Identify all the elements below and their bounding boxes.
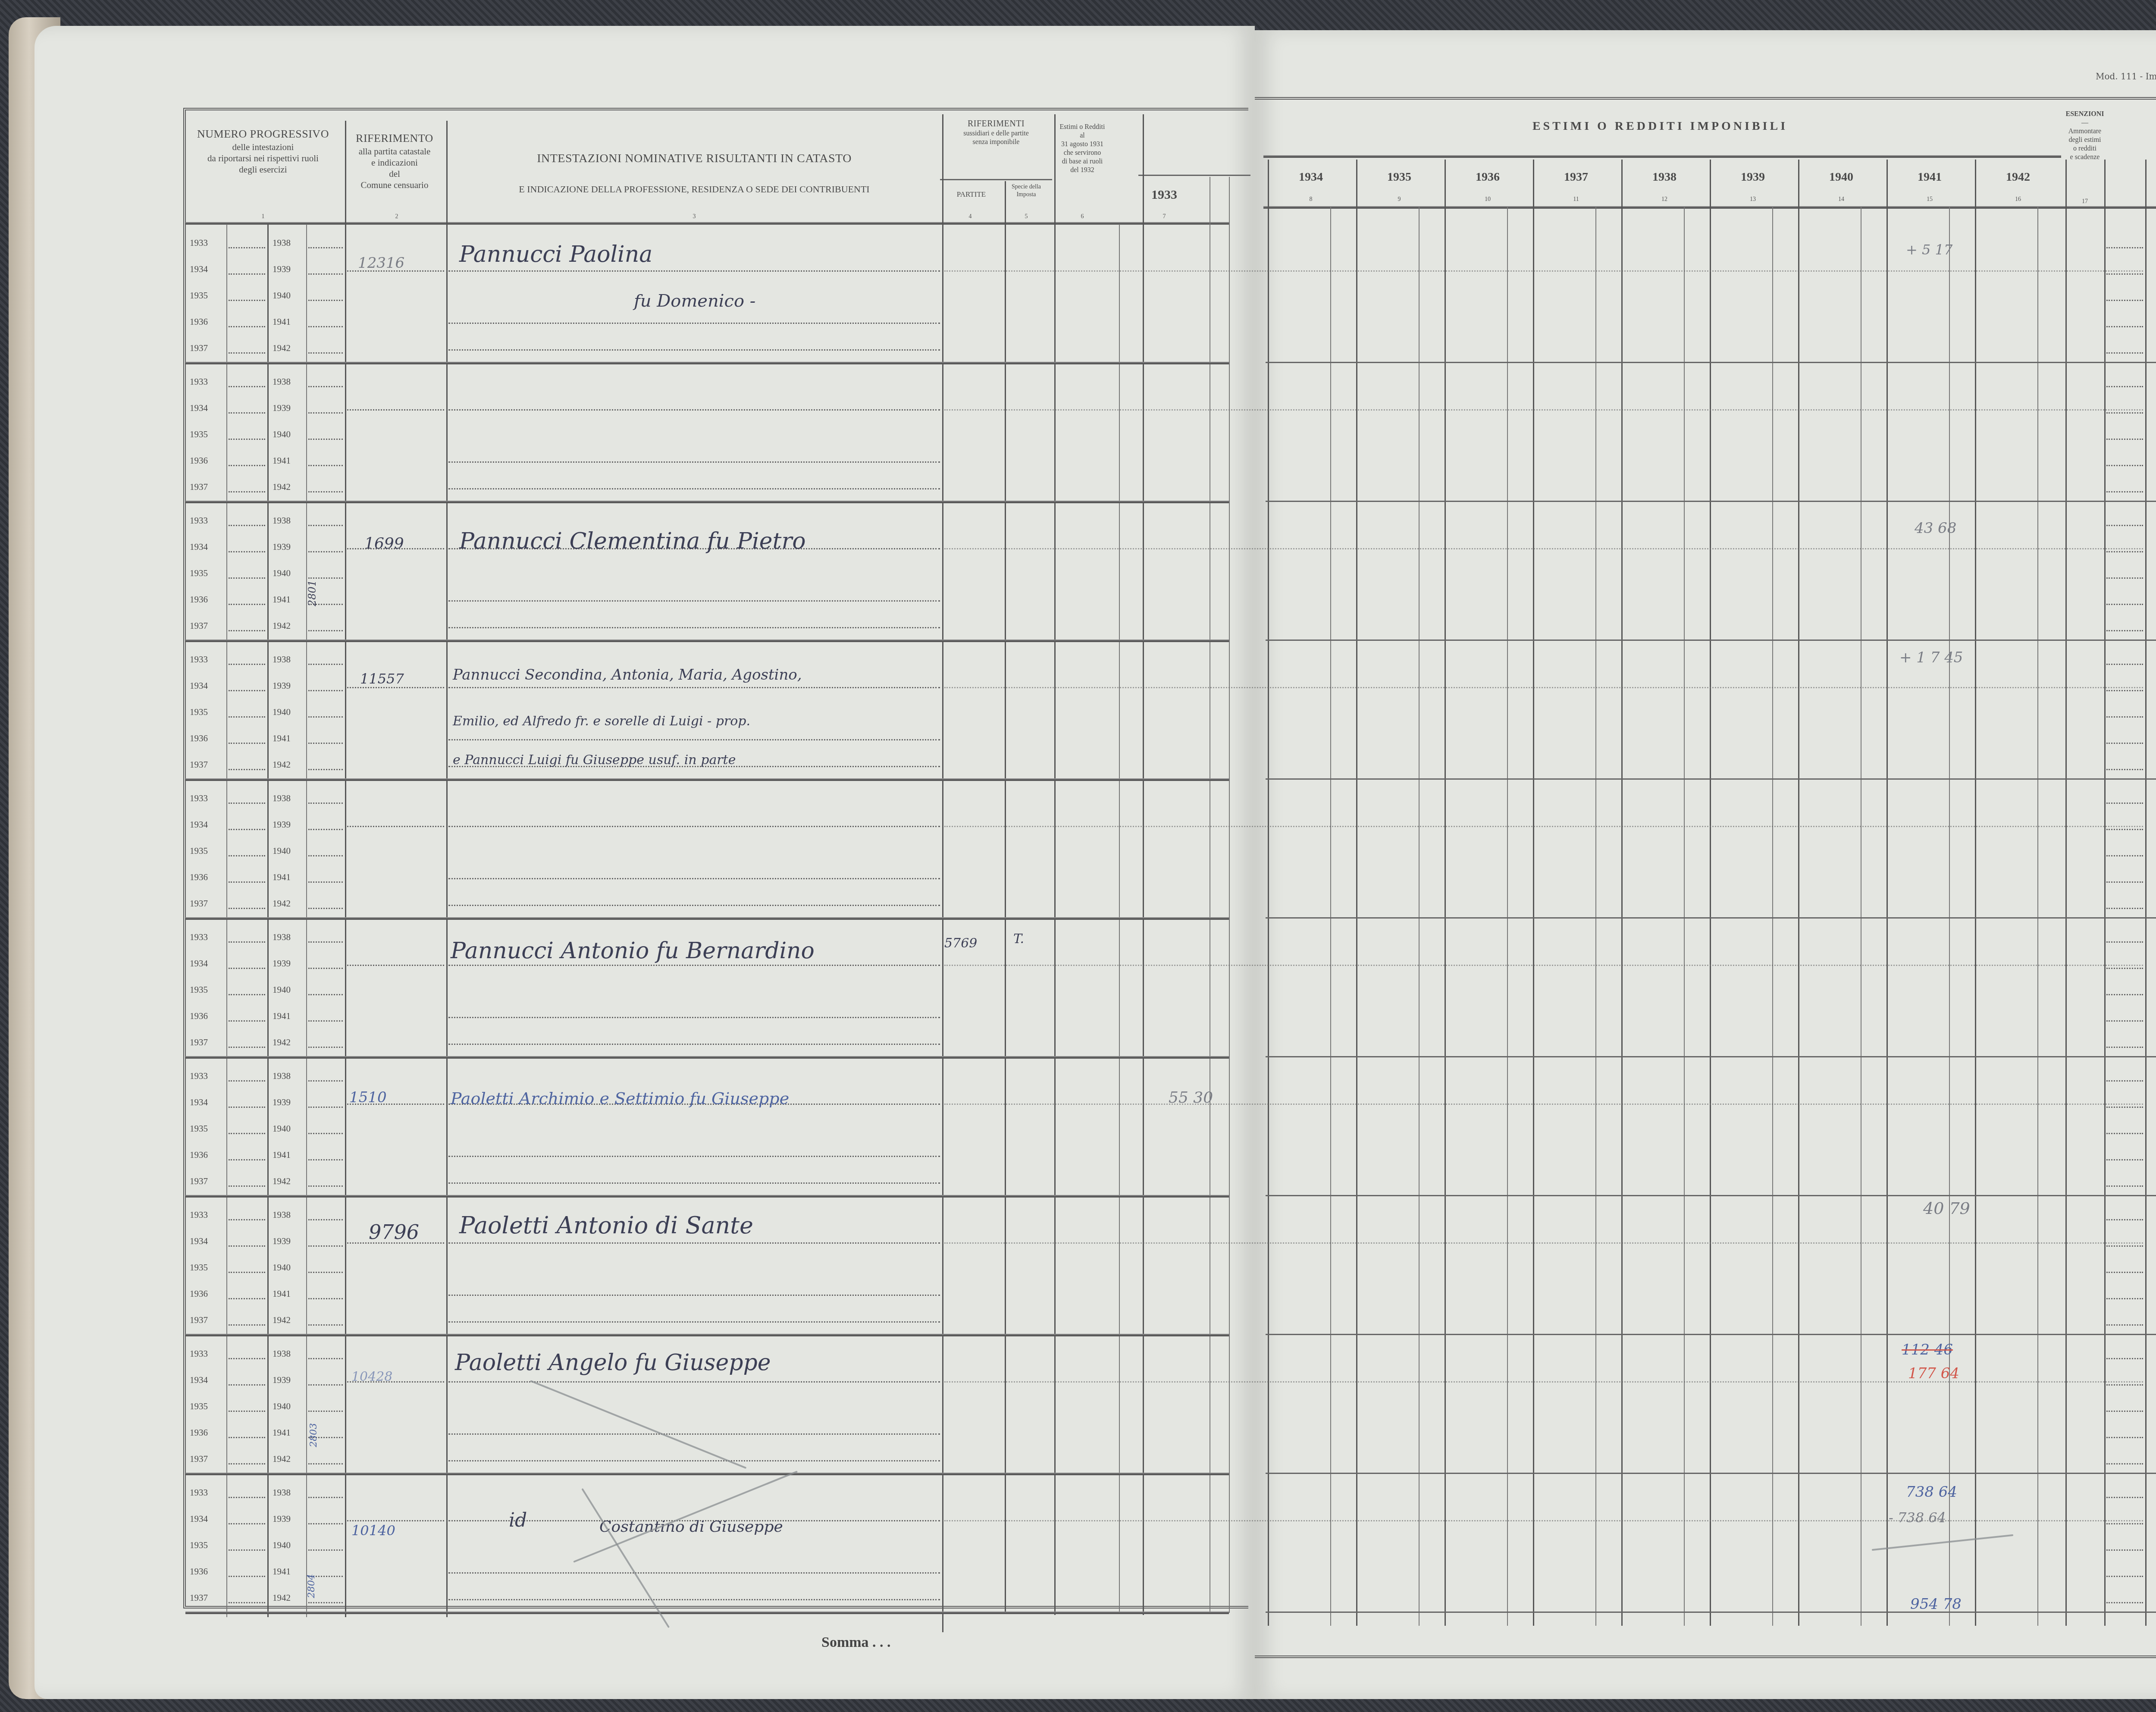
dotted-rule [2106,1463,2143,1464]
header-specie-imposta: Specie della Imposta [1005,183,1048,198]
entry-name: Paoletti Angelo fu Giuseppe [455,1350,771,1376]
dotted-rule [2106,465,2143,466]
dotted-rule [308,881,343,883]
year-label: 1941 [273,1427,291,1438]
year-label: 1940 [273,1401,291,1412]
dotted-rule [229,1411,265,1412]
dotted-rule [229,491,265,492]
dotted-rule [229,1437,265,1438]
entry-ref: 10140 [351,1522,395,1539]
year-label: 1938 [273,238,291,248]
dotted-rule [347,965,444,966]
year-label: 1939 [273,264,291,275]
entry-specie: T. [1013,931,1024,947]
dotted-rule [229,439,265,440]
year-label: 1933 [190,793,208,804]
year-label: 1939 [273,1236,291,1247]
dotted-rule [944,1520,2143,1521]
dotted-rule [347,409,444,411]
col-divider [1710,160,1711,1626]
dotted-rule [308,1384,343,1386]
dotted-rule [347,1520,444,1521]
year-label: 1937 [190,1037,208,1048]
year-label: 1938 [273,932,291,943]
col-divider [1861,207,1861,1626]
year-label: 1934 [190,1097,208,1108]
dotted-rule [229,803,265,804]
dotted-rule [2106,1411,2143,1412]
col-number: 10 [1479,196,1496,203]
dotted-rule [308,1523,343,1524]
dotted-rule [2106,1047,2143,1048]
dotted-rule [2106,300,2143,301]
header-year-1941: 1941 [1887,170,1973,184]
row-separator [1266,917,2156,919]
entry-partite: 5769 [944,936,977,951]
dotted-rule [2106,525,2143,526]
year-label: 1935 [190,1123,208,1134]
dotted-rule [448,1572,940,1574]
dotted-rule [308,1047,343,1048]
col-divider [267,224,269,1617]
row-separator [185,1612,1229,1614]
dotted-rule [2106,1245,2143,1247]
form-code: Mod. 111 - Imposte Dirette (Intercalare)… [2096,71,2156,82]
col-divider [2104,160,2106,1626]
year-label: 1937 [190,1454,208,1464]
col-divider [1445,160,1446,1626]
dotted-rule [448,1599,940,1600]
dotted-rule [448,1044,940,1045]
dotted-rule [308,1358,343,1359]
col-number: 1 [254,213,272,220]
dotted-rule [2106,1080,2143,1082]
dotted-rule [2106,604,2143,605]
col-divider [2037,207,2038,1626]
dotted-rule [229,855,265,856]
dotted-rule [448,1017,940,1018]
dotted-rule [229,1245,265,1247]
dotted-rule [308,247,343,248]
year-label: 1934 [190,403,208,414]
entry-name: id [509,1509,527,1531]
entry-value-1941: 738 64 [1906,1483,1957,1501]
year-label: 1937 [190,1315,208,1326]
dotted-rule [2106,968,2143,969]
dotted-rule [448,323,940,324]
year-label: 1936 [190,872,208,883]
year-label: 1933 [190,376,208,387]
dotted-rule [308,465,343,466]
col-divider [1210,177,1210,1613]
dotted-rule [229,1576,265,1577]
dotted-rule [308,1020,343,1022]
dotted-rule [2106,551,2143,552]
entry-ref: 1510 [349,1089,387,1106]
header-col6: Estimi o Redditi al 31 agosto 1931 che s… [1052,123,1112,175]
col-number: 6 [1074,213,1091,220]
dotted-rule [448,739,940,740]
dotted-rule [308,326,343,327]
col-divider [1621,160,1623,1626]
year-label: 1938 [273,515,291,526]
dotted-rule [229,630,265,631]
header-col1: NUMERO PROGRESSIVO delle intestazioni da… [185,127,341,175]
dotted-rule [448,409,940,411]
year-label: 1934 [190,1236,208,1247]
col-divider [1005,181,1006,1613]
entry-name: Pannucci Secondina, Antonia, Maria, Agos… [453,666,802,684]
col-divider [1887,160,1888,1626]
entry-ref: 10428 [351,1369,392,1384]
year-label: 1936 [190,1289,208,1299]
dotted-rule [308,941,343,943]
dotted-rule [347,687,444,688]
dotted-rule [2106,439,2143,440]
dotted-rule [229,525,265,526]
header-year-1939: 1939 [1710,170,1796,184]
dotted-rule [448,1460,940,1461]
year-label: 1934 [190,542,208,552]
dotted-rule [229,465,265,466]
dotted-rule [308,716,343,718]
year-label: 1936 [190,1011,208,1022]
row-separator [1266,778,2156,780]
dotted-rule [2106,1107,2143,1108]
col-number: 13 [1744,196,1761,203]
dotted-rule [229,1358,265,1359]
col-divider [1684,207,1685,1626]
dotted-rule [308,439,343,440]
year-label: 1937 [190,1593,208,1603]
year-label: 1941 [273,594,291,605]
year-label: 1941 [273,872,291,883]
year-label: 1939 [273,542,291,552]
col-divider [1419,207,1420,1626]
row-separator [185,1195,1229,1198]
left-table-frame [183,108,1248,1609]
entry-name-line3: e Pannucci Luigi fu Giuseppe usuf. in pa… [453,753,736,768]
dotted-rule [308,577,343,579]
header-year-1940: 1940 [1798,170,1884,184]
dotted-rule [448,1321,940,1323]
entry-ref: 9796 [369,1220,419,1244]
row-separator [185,778,1229,781]
year-label: 1934 [190,958,208,969]
header-partite: PARTITE [940,190,1003,199]
entry-ref: 11557 [360,671,404,687]
col-divider [1533,160,1534,1626]
year-label: 1939 [273,1375,291,1386]
col-divider [2065,160,2067,1626]
dotted-rule [308,412,343,414]
col-number: 7 [1156,213,1173,220]
year-label: 1938 [273,1071,291,1082]
year-label: 1935 [190,429,208,440]
header-year-rule [1263,155,2061,158]
entry-name: Pannucci Antonio fu Bernardino [451,938,815,964]
header-annotazioni: ANNOTAZIONI [2143,142,2156,155]
dotted-rule [308,743,343,744]
dotted-rule [448,1156,940,1157]
year-label: 1942 [273,898,291,909]
year-label: 1940 [273,1540,291,1551]
dotted-rule [2106,769,2143,770]
year-label: 1942 [273,343,291,354]
row-separator [1266,1195,2156,1196]
dotted-rule [229,968,265,969]
entry-value-1941-corrected: 177 64 [1908,1365,1959,1382]
dotted-rule [2106,1384,2143,1386]
dotted-rule [944,826,2143,827]
col-number: 15 [1921,196,1938,203]
year-label: 1940 [273,429,291,440]
dotted-rule [308,300,343,301]
dotted-rule [2106,1272,2143,1273]
header-year-1935: 1935 [1356,170,1442,184]
year-label: 1936 [190,1427,208,1438]
dotted-rule [229,690,265,691]
row-separator [185,362,1229,364]
entry-name-line2: fu Domenico - [634,291,755,311]
dotted-rule [229,881,265,883]
dotted-rule [2106,716,2143,718]
header-estimi-redditi-imponibili: ESTIMI O REDDITI IMPONIBILI [1259,119,2061,134]
col-divider [1595,207,1596,1626]
year-label: 1936 [190,594,208,605]
entry-value-1941: 40 79 [1923,1199,1970,1218]
dotted-rule [229,604,265,605]
row-separator [185,640,1229,642]
dotted-rule [308,1602,343,1603]
row-separator [1266,1056,2156,1057]
dotted-rule [229,1272,265,1273]
year-label: 1938 [273,376,291,387]
col-number: 17 [2076,198,2093,205]
dotted-rule [448,905,940,906]
dotted-rule [448,965,940,966]
dotted-rule [229,664,265,665]
year-label: 1939 [273,1514,291,1524]
dotted-rule [448,627,940,628]
dotted-rule [2106,352,2143,354]
dotted-rule [229,716,265,718]
year-label: 1936 [190,317,208,327]
row-separator [185,917,1229,920]
year-label: 1933 [190,238,208,248]
entry-name: Pannucci Clementina fu Pietro [459,528,806,554]
col-number: 8 [1302,196,1319,203]
dotted-rule [308,525,343,526]
dotted-rule [308,1549,343,1551]
year-label: 1935 [190,707,208,718]
dotted-rule [2106,743,2143,744]
year-label: 1940 [273,568,291,579]
row-separator [185,1334,1229,1336]
year-label: 1937 [190,1176,208,1187]
dotted-rule [448,687,940,688]
year-label: 1940 [273,846,291,856]
dotted-rule [2106,1523,2143,1524]
col-divider [1507,207,1508,1626]
dotted-rule [229,908,265,909]
year-label: 1940 [273,985,291,995]
year-label: 1939 [273,958,291,969]
dotted-rule [448,1381,940,1383]
dotted-rule [944,270,2143,272]
entry-margin-number: 2804 [306,1574,317,1598]
year-label: 1939 [273,819,291,830]
header-year-1934: 1934 [1268,170,1354,184]
header-year-1937: 1937 [1533,170,1619,184]
dotted-rule [944,965,2143,966]
year-label: 1940 [273,707,291,718]
dotted-rule [308,994,343,995]
header-year-1938: 1938 [1621,170,1708,184]
col-number: 2 [388,213,405,220]
row-separator [185,501,1229,503]
dotted-rule [2106,1324,2143,1326]
entry-value-1941: + 5 17 [1906,241,1952,258]
dotted-rule [229,1159,265,1160]
dotted-rule [2106,386,2143,387]
dotted-rule [229,412,265,414]
dotted-rule [308,1298,343,1299]
year-label: 1936 [190,455,208,466]
year-label: 1935 [190,1401,208,1412]
dotted-rule [2106,1497,2143,1498]
dotted-rule [2106,690,2143,691]
dotted-rule [308,829,343,830]
col-divider [942,114,943,1632]
year-label: 1934 [190,1375,208,1386]
dotted-rule [229,1523,265,1524]
dotted-rule [308,1497,343,1498]
header-year-1933: 1933 [1121,188,1207,202]
year-label: 1941 [273,733,291,744]
year-label: 1938 [273,1348,291,1359]
dotted-rule [229,829,265,830]
dotted-rule [448,878,940,879]
dotted-rule [2106,630,2143,631]
year-label: 1936 [190,1150,208,1160]
dotted-rule [2106,1358,2143,1359]
row-separator [185,1473,1229,1475]
year-label: 1942 [273,1037,291,1048]
right-table-frame [1255,97,2156,1658]
dotted-rule [2106,1185,2143,1187]
dotted-rule [308,1219,343,1220]
dotted-rule [944,1381,2143,1383]
entry-name: Pannucci Paolina [459,241,652,267]
entry-value-1933: 55 30 [1169,1089,1213,1107]
year-label: 1942 [273,482,291,492]
dotted-rule [944,1242,2143,1244]
entry-value-1941: 43 68 [1915,520,1956,537]
header-col2: RIFERIMENTO alla partita catastale e ind… [345,132,444,191]
dotted-rule [347,826,444,827]
entry-margin-number: 2803 [308,1423,319,1447]
dotted-rule [448,1433,940,1435]
year-label: 1935 [190,568,208,579]
col-divider [1229,177,1230,1613]
dotted-rule [229,769,265,770]
col-number: 11 [1567,196,1585,203]
dotted-rule [448,600,940,602]
header-year-1936: 1936 [1445,170,1531,184]
col-divider [1330,207,1331,1626]
dotted-rule [229,247,265,248]
year-label: 1935 [190,1262,208,1273]
dotted-rule [2106,941,2143,943]
year-label: 1938 [273,793,291,804]
dotted-rule [2106,1576,2143,1577]
dotted-rule [308,1080,343,1082]
year-label: 1933 [190,1071,208,1082]
year-label: 1942 [273,1315,291,1326]
dotted-rule [229,1133,265,1134]
dotted-rule [308,1107,343,1108]
col-number: 16 [2009,196,2027,203]
dotted-rule [2106,664,2143,665]
year-label: 1936 [190,1566,208,1577]
dotted-rule [229,1219,265,1220]
dotted-rule [2106,273,2143,275]
row-separator [1266,501,2156,502]
dotted-rule [308,386,343,387]
year-label: 1934 [190,819,208,830]
dotted-rule [2106,1159,2143,1160]
row-separator [185,1056,1229,1059]
year-label: 1942 [273,1593,291,1603]
year-label: 1942 [273,621,291,631]
year-label: 1941 [273,455,291,466]
dotted-rule [229,1602,265,1603]
dotted-rule [308,664,343,665]
total-value-1941: 954 78 [1910,1596,1962,1613]
dotted-rule [2106,1549,2143,1551]
year-label: 1938 [273,1210,291,1220]
year-label: 1935 [190,1540,208,1551]
entry-name-line2: Costantino di Giuseppe [599,1518,783,1536]
year-label: 1935 [190,290,208,301]
dotted-rule [448,1295,940,1296]
row-separator [1266,1612,2156,1613]
dotted-rule [308,491,343,492]
dotted-rule [2106,803,2143,804]
year-label: 1939 [273,403,291,414]
col-divider [446,121,448,1617]
year-label: 1937 [190,621,208,631]
dotted-rule [229,1298,265,1299]
header-rule-left [185,222,1229,225]
dotted-rule [308,1159,343,1160]
dotted-rule [2106,1020,2143,1022]
col-divider [1772,207,1773,1626]
dotted-rule [229,577,265,579]
dotted-rule [308,1411,343,1412]
footer-sum-label: Somma . . . [821,1634,891,1651]
col-divider [306,224,307,1617]
dotted-rule [308,551,343,552]
entry-ref: 12316 [358,254,404,272]
dotted-rule [448,461,940,463]
year-label: 1937 [190,898,208,909]
col-divider [345,121,346,1617]
year-label: 1934 [190,680,208,691]
dotted-rule [308,1185,343,1187]
year-label: 1936 [190,733,208,744]
